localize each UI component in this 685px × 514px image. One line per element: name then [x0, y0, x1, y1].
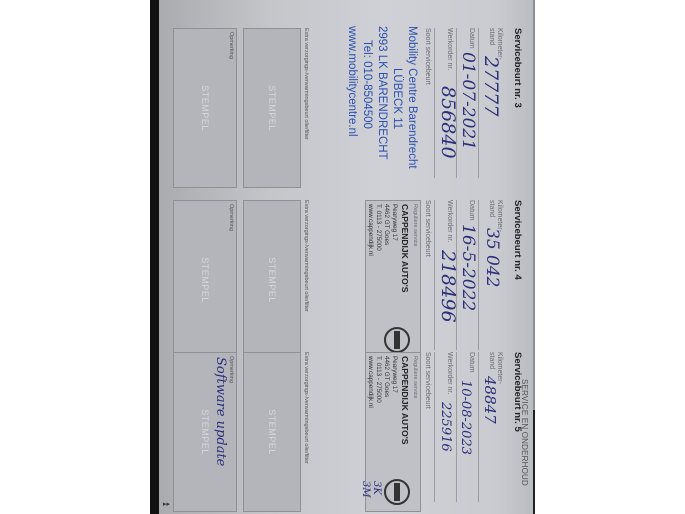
work-order-value: 225916: [438, 402, 453, 452]
date-value: 01-07-2021: [458, 52, 478, 150]
dealer-city: 4462 GT Goes: [382, 204, 390, 256]
service-entry-3: Servicebeurt nr. 3 Kilometer- stand 2777…: [159, 22, 535, 192]
service-title: Servicebeurt nr. 4: [512, 200, 523, 280]
page-footer-mark: ▸▸: [163, 500, 170, 508]
km-line: [478, 352, 479, 502]
work-order-label: Werkorder nr.: [445, 352, 453, 394]
work-order-line: [434, 200, 435, 350]
work-order-label: Werkorder nr.: [445, 28, 453, 70]
dealer-address: Pearyweg 17 4462 GT Goes T. 0113 - 27500…: [366, 204, 398, 256]
service-type-label: Soort servicebeurt: [423, 352, 431, 409]
remark-value: Software update: [213, 357, 228, 466]
extra-label: Extra verzorgings-/verwarmingsbeurt olie…: [303, 352, 309, 464]
work-order-line: [434, 352, 435, 502]
handwritten-note: 3K 3M: [360, 481, 382, 511]
date-value: 16-5-2022: [458, 224, 478, 311]
dealer-street: Pearyweg 17: [390, 356, 398, 408]
page-shadow-left: [150, 0, 159, 514]
regular-service-label: Reguliere service: [412, 204, 418, 247]
service-entry-5: Servicebeurt nr. 5 Kilometer- stand 4884…: [159, 346, 535, 514]
service-type-label: Soort servicebeurt: [423, 28, 431, 85]
dealer-web: www.cappendijk.nl: [366, 356, 374, 408]
dealer-name: CAPPENDIJK AUTO'S: [400, 356, 410, 444]
extra-stamp-box: STEMPEL: [243, 352, 301, 512]
remark-label: Opmerking: [228, 32, 234, 59]
date-label: Datum: [467, 28, 475, 49]
remark-label: Opmerking: [228, 356, 234, 383]
km-value: 27777: [480, 56, 502, 116]
dealer-city: 4462 GT Goes: [382, 356, 390, 408]
dealer-name: CAPPENDIJK AUTO'S: [400, 204, 410, 292]
volvo-logo-icon: [384, 479, 410, 505]
service-title: Servicebeurt nr. 5: [512, 352, 523, 432]
work-order-value: 218496: [437, 250, 459, 323]
service-type-label: Soort servicebeurt: [423, 200, 431, 257]
stamp-placeholder: STEMPEL: [267, 29, 277, 187]
remark-box: Opmerking STEMPEL: [173, 28, 237, 188]
km-label-2: stand: [487, 352, 495, 369]
extra-label: Extra verzorgings-/verwarmingsbeurt olie…: [303, 200, 309, 312]
remark-box: Opmerking STEMPEL Software update: [173, 352, 237, 512]
km-label-2: stand: [487, 28, 495, 45]
work-order-label: Werkorder nr.: [445, 200, 453, 242]
regular-service-label: Reguliere service: [412, 356, 418, 399]
stamp-placeholder: STEMPEL: [200, 353, 210, 511]
km-label-2: stand: [487, 200, 495, 217]
dealer-address: Pearyweg 17 4462 GT Goes T. 0113 - 27500…: [366, 356, 398, 408]
extra-stamp-box: STEMPEL: [243, 200, 301, 360]
service-entry-4: Servicebeurt nr. 4 Kilometer- stand 35 0…: [159, 194, 535, 364]
date-label: Datum: [467, 352, 475, 373]
km-value: 48847: [481, 376, 499, 424]
date-value: 10-08-2023: [458, 380, 473, 455]
stamp-placeholder: STEMPEL: [267, 201, 277, 359]
stamp-placeholder: STEMPEL: [267, 353, 277, 511]
remark-label: Opmerking: [228, 204, 234, 231]
date-label: Datum: [467, 200, 475, 221]
dealer-stamp: Reguliere service CAPPENDIJK AUTO'S Pear…: [365, 200, 421, 360]
work-order-value: 856840: [437, 86, 459, 159]
km-value: 35 042: [482, 228, 502, 287]
remark-box: Opmerking STEMPEL: [173, 200, 237, 360]
date-line: [456, 352, 457, 502]
service-title: Servicebeurt nr. 3: [512, 28, 523, 108]
extra-stamp-box: STEMPEL: [243, 28, 301, 188]
km-line: [478, 28, 479, 178]
dealer-phone: T. 0113 - 275000: [374, 204, 382, 256]
extra-label: Extra verzorgings-/verwarmingsbeurt olie…: [303, 28, 309, 140]
dealer-web: www.cappendijk.nl: [366, 204, 374, 256]
dealer-street: Pearyweg 17: [390, 204, 398, 256]
work-order-line: [434, 28, 435, 178]
dealer-stamp: Reguliere service CAPPENDIJK AUTO'S Pear…: [365, 352, 421, 512]
stamp-placeholder: STEMPEL: [200, 29, 210, 187]
service-booklet-page: SERVICE EN ONDERHOUD Servicebeurt nr. 3 …: [159, 0, 535, 514]
km-line: [478, 200, 479, 350]
stamp-placeholder: STEMPEL: [200, 201, 210, 359]
dealer-phone: T. 0113 - 275000: [374, 356, 382, 408]
